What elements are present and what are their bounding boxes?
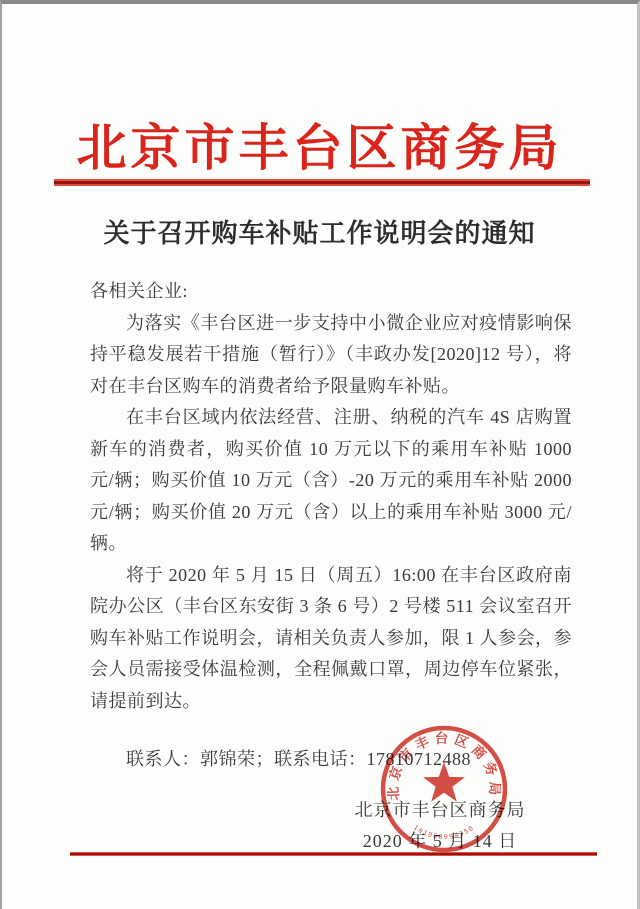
paragraph-subsidy-policy: 为落实《丰台区进一步支持中小微企业应对疫情影响保持平稳发展若干措施（暂行）》（丰… xyxy=(90,308,572,403)
paragraph-subsidy-amounts: 在丰台区域内依法经营、注册、纳税的汽车 4S 店购置新车的消费者，购买价值 10… xyxy=(90,402,572,560)
star-icon xyxy=(423,762,465,802)
letterhead-rule xyxy=(54,179,590,186)
footer-rule xyxy=(70,852,597,856)
document-title: 关于召开购车补贴工作说明会的通知 xyxy=(2,213,637,250)
letterhead-org-name: 北京市丰台区商务局 xyxy=(2,108,637,180)
paragraph-meeting-details: 将于 2020 年 5 月 15 日（周五）16:00 在丰台区政府南院办公区（… xyxy=(90,560,572,718)
official-seal-stamp: 北京市丰台区商务局 11010680943504 xyxy=(378,723,510,855)
document-page: 北京市丰台区商务局 关于召开购车补贴工作说明会的通知 各相关企业: 为落实《丰台… xyxy=(0,0,640,909)
salutation: 各相关企业: xyxy=(90,276,572,308)
document-body: 各相关企业: 为落实《丰台区进一步支持中小微企业应对疫情影响保持平稳发展若干措施… xyxy=(90,276,572,776)
